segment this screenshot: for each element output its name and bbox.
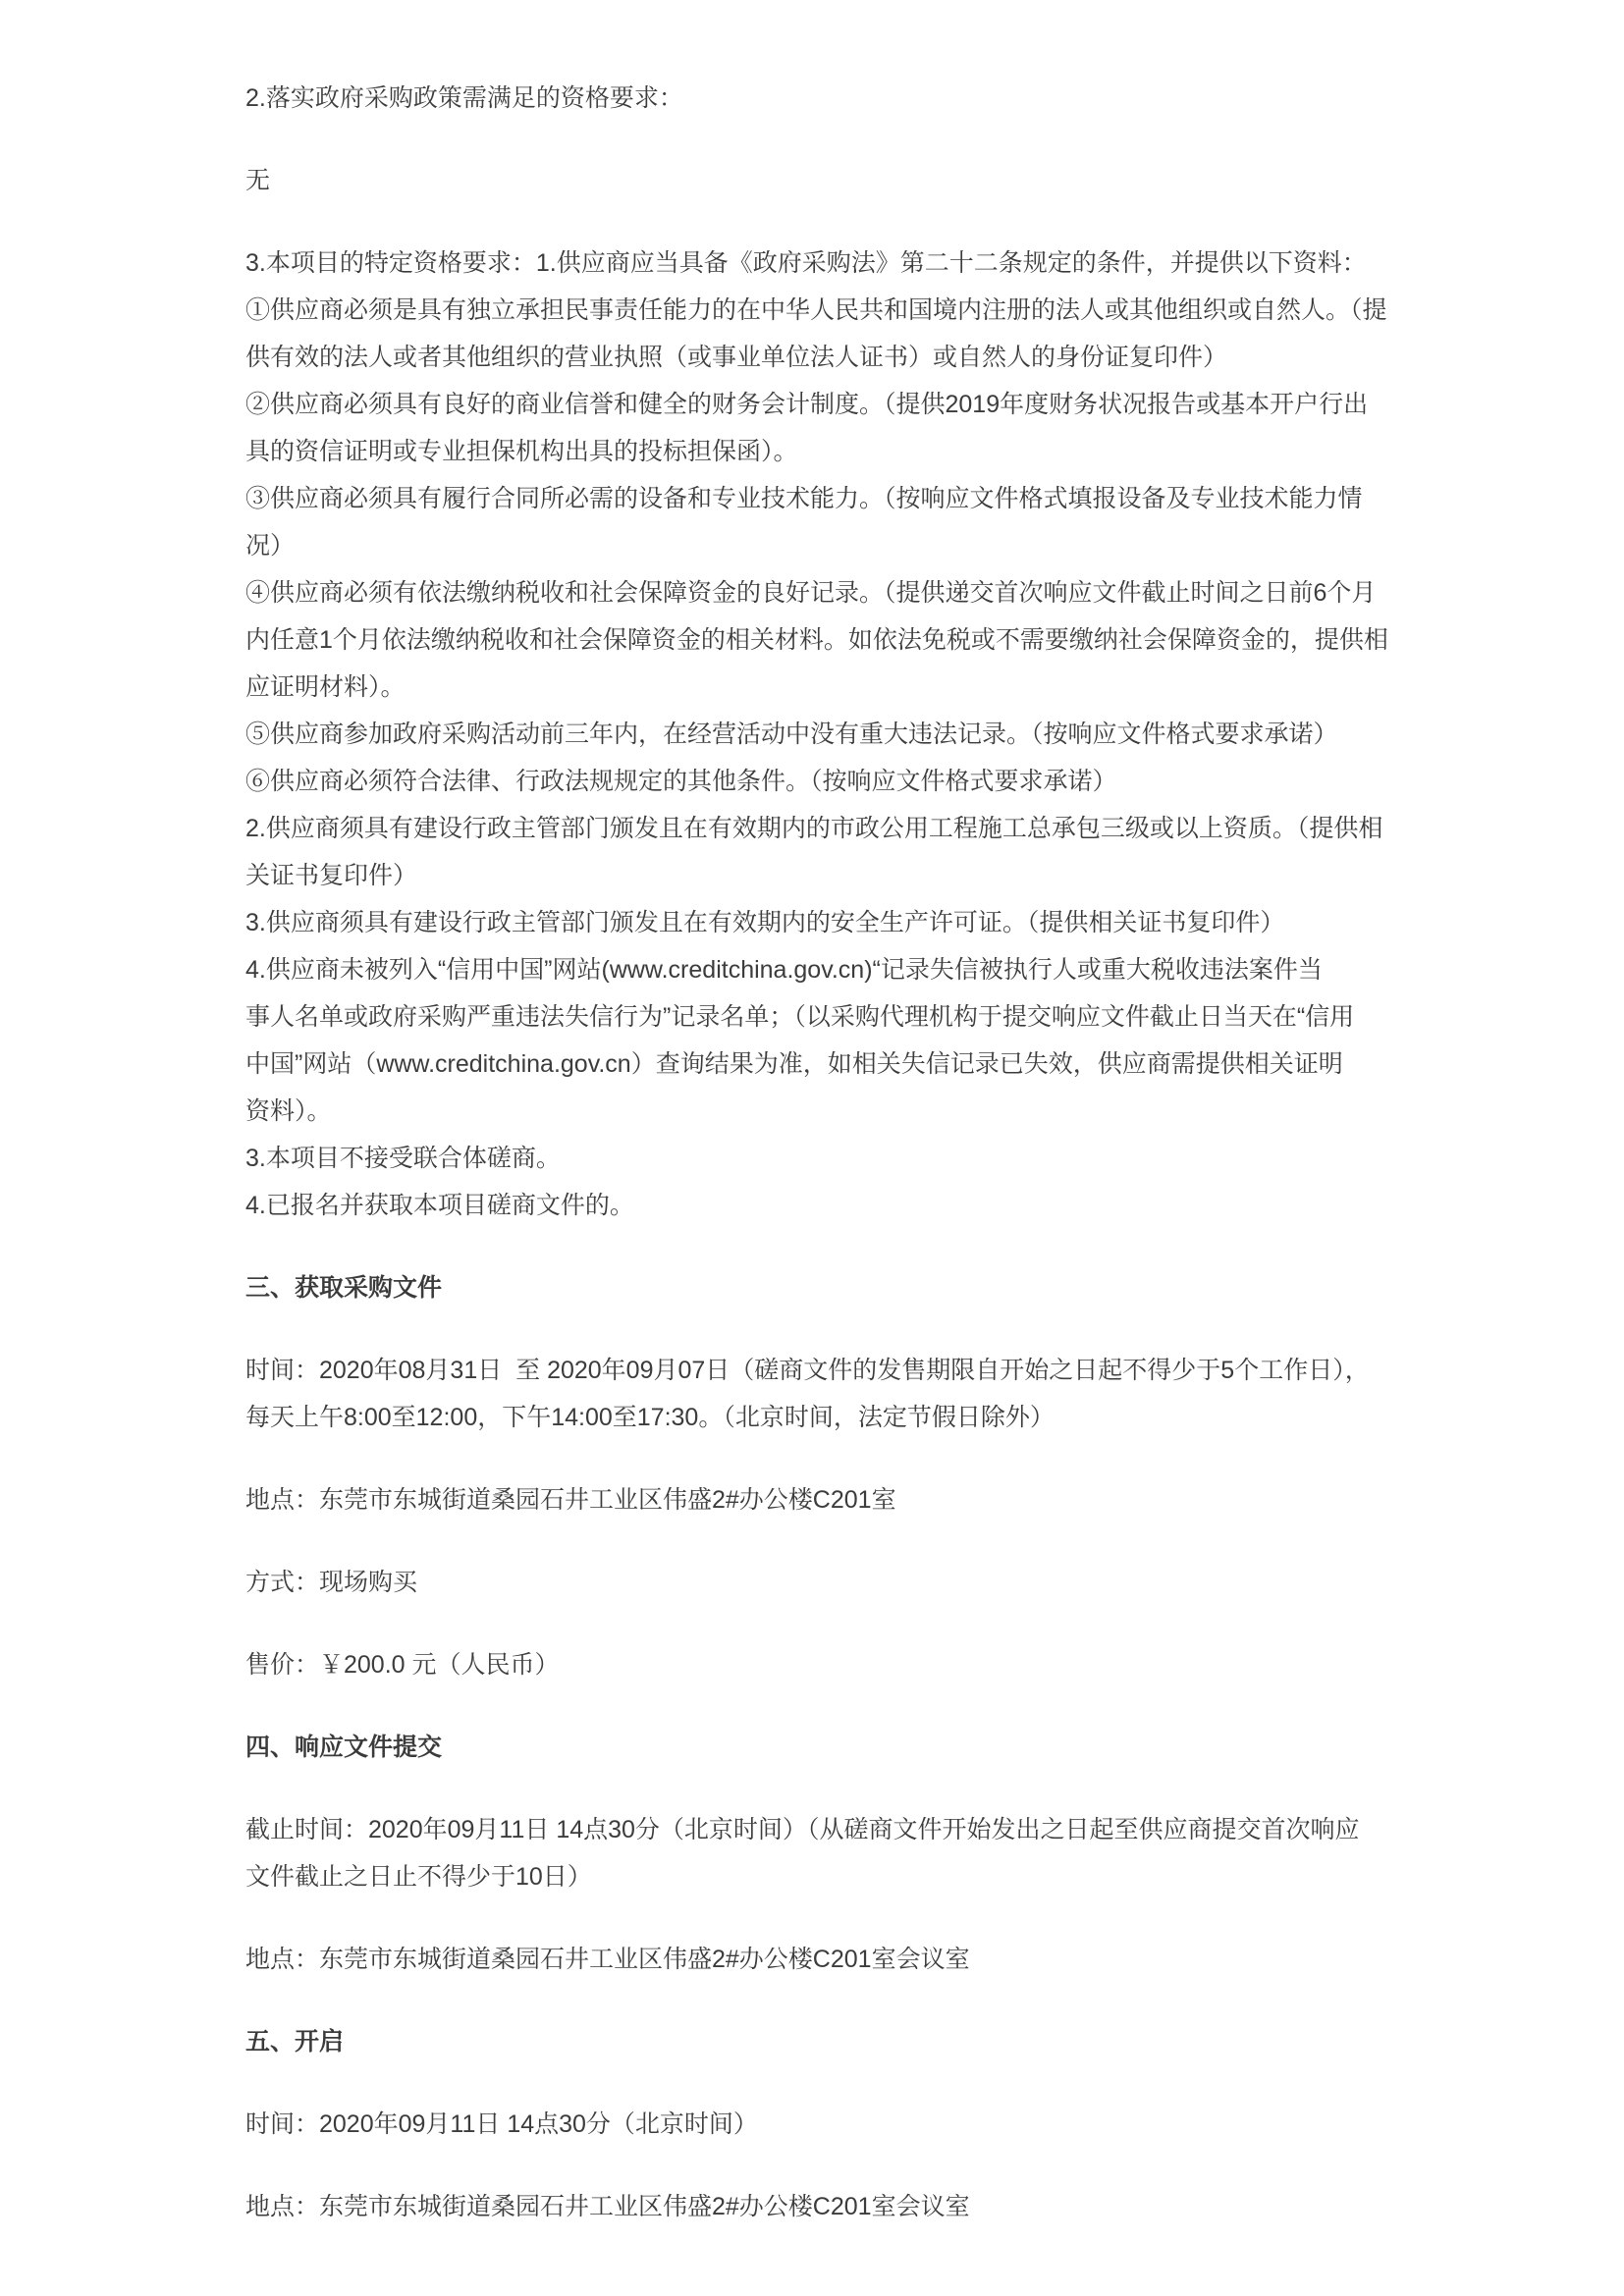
opening-time: 时间：2020年09月11日 14点30分（北京时间） bbox=[245, 2101, 1453, 2148]
document-page: 2.落实政府采购政策需满足的资格要求： 无 3.本项目的特定资格要求：1.供应商… bbox=[245, 75, 1453, 2266]
obtain-documents-time: 时间：2020年08月31日 至 2020年09月07日（磋商文件的发售期限自开… bbox=[245, 1347, 1453, 1441]
response-submission-deadline: 截止时间：2020年09月11日 14点30分（北京时间）（从磋商文件开始发出之… bbox=[245, 1806, 1453, 1900]
specific-qualification-requirements: 3.本项目的特定资格要求：1.供应商应当具备《政府采购法》第二十二条规定的条件，… bbox=[245, 240, 1453, 1229]
obtain-documents-method: 方式：现场购买 bbox=[245, 1559, 1453, 1606]
response-submission-location: 地点：东莞市东城街道桑园石井工业区伟盛2#办公楼C201室会议室 bbox=[245, 1936, 1453, 1983]
section-heading-response-submission: 四、响应文件提交 bbox=[245, 1724, 1453, 1771]
section-heading-obtain-documents: 三、获取采购文件 bbox=[245, 1264, 1453, 1311]
opening-location: 地点：东莞市东城街道桑园石井工业区伟盛2#办公楼C201室会议室 bbox=[245, 2183, 1453, 2230]
obtain-documents-location: 地点：东莞市东城街道桑园石井工业区伟盛2#办公楼C201室 bbox=[245, 1476, 1453, 1523]
obtain-documents-price: 售价：￥200.0 元（人民币） bbox=[245, 1641, 1453, 1688]
section-heading-opening: 五、开启 bbox=[245, 2018, 1453, 2065]
policy-requirements-label: 2.落实政府采购政策需满足的资格要求： bbox=[245, 75, 1453, 122]
policy-requirements-value: 无 bbox=[245, 157, 1453, 204]
